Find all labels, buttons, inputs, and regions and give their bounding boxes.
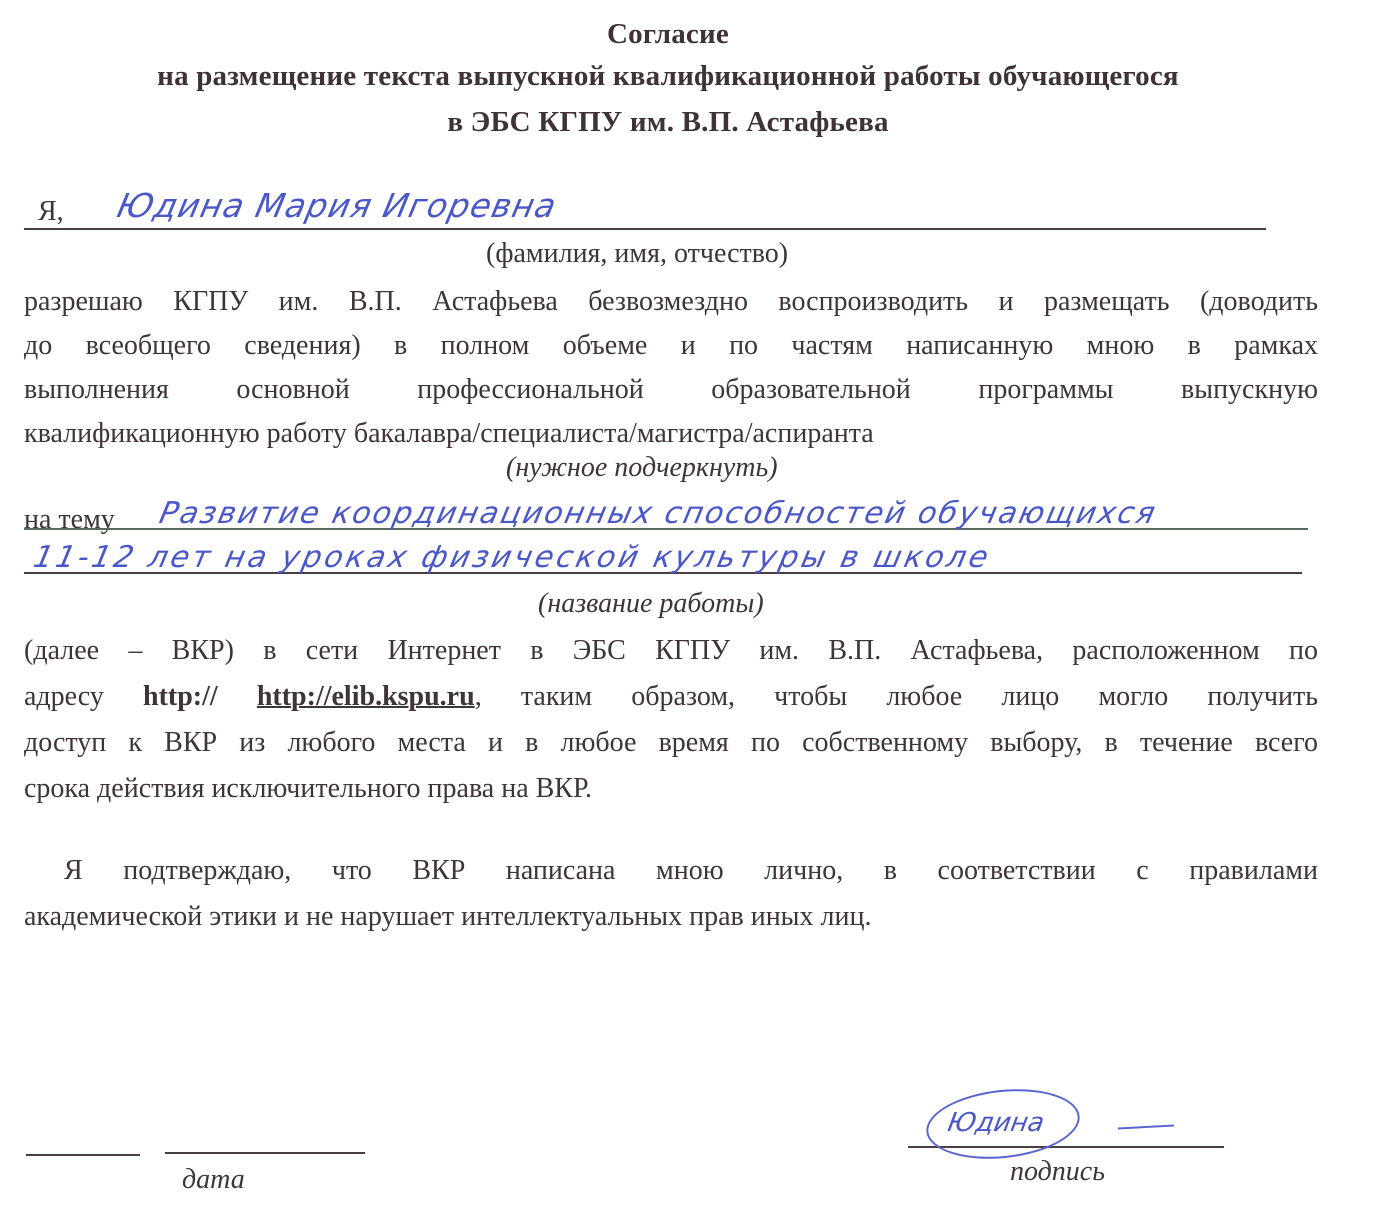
elib-link[interactable]: http://elib.kspu.ru (257, 681, 475, 712)
publication-line-4: срока действия исключительного права на … (24, 766, 1318, 812)
permission-line-1: разрешаю КГПУ им. В.П. Астафьева безвозм… (24, 280, 1318, 324)
publication-line-2: адресу http:// http://elib.kspu.ru, таки… (24, 674, 1318, 720)
underline-note: (нужное подчеркнуть) (506, 452, 778, 484)
signature-caption: подпись (1010, 1156, 1105, 1188)
permission-paragraph: разрешаю КГПУ им. В.П. Астафьева безвозм… (24, 280, 1318, 456)
topic-prefix: на тему (24, 504, 115, 536)
permission-line-2: до всеобщего сведения) в полном объеме и… (24, 324, 1318, 368)
signature-dash (1118, 1125, 1174, 1130)
topic-caption: (название работы) (538, 588, 764, 620)
name-caption: (фамилия, имя, отчество) (486, 238, 788, 270)
name-underline (24, 228, 1266, 230)
topic-handwritten-line-2[interactable]: 11-12 лет на уроках физической культуры … (30, 540, 994, 575)
name-handwritten-value[interactable]: Юдина Мария Игоревна (114, 186, 561, 225)
document-subtitle-line2: в ЭБС КГПУ им. В.П. Астафьева (0, 106, 1336, 139)
publication-line-3: доступ к ВКР из любого места и в любое в… (24, 720, 1318, 766)
date-caption: дата (182, 1164, 245, 1196)
document-title: Согласие (0, 18, 1336, 51)
signature-handwritten: Юдина (945, 1108, 1046, 1138)
name-prefix: Я, (38, 196, 64, 228)
confirmation-line-1: Я подтверждаю, что ВКР написана мною лич… (24, 848, 1318, 894)
address-protocol: http:// (143, 681, 218, 712)
publication-paragraph: (далее – ВКР) в сети Интернет в ЭБС КГПУ… (24, 628, 1318, 812)
address-suffix: , таким образом, чтобы любое лицо могло … (475, 681, 1318, 712)
topic-handwritten-line-1[interactable]: Развитие координационных способностей об… (156, 496, 1160, 531)
document-subtitle-line1: на размещение текста выпускной квалифика… (0, 60, 1336, 93)
address-label: адресу (24, 681, 104, 712)
confirmation-line-2: академической этики и не нарушает интелл… (24, 894, 1318, 940)
permission-line-4: квалификационную работу бакалавра/специа… (24, 412, 1318, 456)
permission-line-3: выполнения основной профессиональной обр… (24, 368, 1318, 412)
date-day-line[interactable] (26, 1154, 140, 1156)
publication-line-1: (далее – ВКР) в сети Интернет в ЭБС КГПУ… (24, 628, 1318, 674)
date-month-year-line[interactable] (165, 1152, 365, 1154)
confirmation-paragraph: Я подтверждаю, что ВКР написана мною лич… (24, 848, 1318, 940)
